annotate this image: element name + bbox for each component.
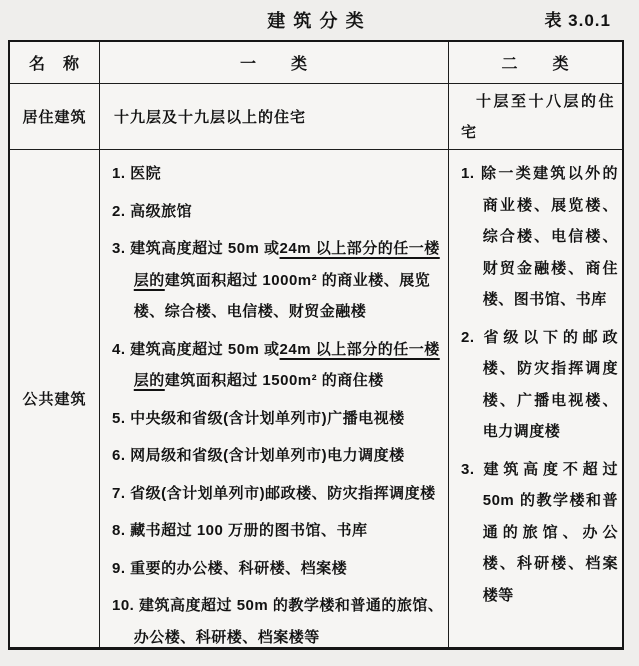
document-page: 建筑分类 表 3.0.1 名 称 一 类 二 类 居住建筑 十九层及十九层以上的… [0,0,639,666]
list-item: 8. 藏书超过 100 万册的图书馆、书库 [112,515,444,547]
building-classification-table: 名 称 一 类 二 类 居住建筑 十九层及十九层以上的住宅 十层至十八层的住宅 … [8,40,624,650]
list-item: 3. 建筑高度超过 50m 或24m 以上部分的任一楼层的建筑面积超过 1000… [112,233,444,328]
text-segment: 8. 藏书超过 100 万册的图书馆、书库 [112,522,368,539]
row-label-public: 公共建筑 [10,150,100,647]
row-label-residential: 居住建筑 [10,84,100,150]
public-class1-item-list: 1. 医院2. 高级旅馆3. 建筑高度超过 50m 或24m 以上部分的任一楼层… [100,150,449,647]
text-segment: 6. 网局级和省级(含计划单列市)电力调度楼 [112,447,405,464]
text-segment: 3. 建筑高度超过 50m 或 [112,240,280,257]
table-number: 表 3.0.1 [544,4,611,38]
header-cell-name: 名 称 [10,42,100,84]
list-item: 1. 除一类建筑以外的商业楼、展览楼、综合楼、电信楼、财贸金融楼、商住楼、图书馆… [461,158,618,316]
list-item: 2. 高级旅馆 [112,196,444,228]
title-row: 建筑分类 表 3.0.1 [0,4,639,38]
text-segment: 建筑面积超过 1000m² 的商业楼、展览楼、综合楼、电信楼、财贸金融楼 [134,272,431,321]
list-item: 2. 省级以下的邮政楼、防灾指挥调度楼、广播电视楼、电力调度楼 [461,322,618,448]
residential-class2-text: 十层至十八层的住宅 [461,86,614,148]
public-class2-item-list: 1. 除一类建筑以外的商业楼、展览楼、综合楼、电信楼、财贸金融楼、商住楼、图书馆… [449,150,622,647]
list-item: 6. 网局级和省级(含计划单列市)电力调度楼 [112,440,444,472]
text-segment: 建筑面积超过 1500m² 的商住楼 [165,372,384,389]
list-item: 4. 建筑高度超过 50m 或24m 以上部分的任一楼层的建筑面积超过 1500… [112,334,444,397]
list-item: 7. 省级(含计划单列市)邮政楼、防灾指挥调度楼 [112,478,444,510]
text-segment: 1. 除一类建筑以外的商业楼、展览楼、综合楼、电信楼、财贸金融楼、商住楼、图书馆… [461,165,618,308]
text-segment: 9. 重要的办公楼、科研楼、档案楼 [112,560,347,577]
text-segment: 3. 建筑高度不超过 50m 的教学楼和普通的旅馆、办公楼、科研楼、档案楼等 [461,461,618,604]
text-segment: 4. 建筑高度超过 50m 或 [112,341,280,358]
residential-class1-cell: 十九层及十九层以上的住宅 [100,84,449,150]
list-item: 1. 医院 [112,158,444,190]
list-item: 3. 建筑高度不超过 50m 的教学楼和普通的旅馆、办公楼、科研楼、档案楼等 [461,454,618,612]
text-segment: 5. 中央级和省级(含计划单列市)广播电视楼 [112,410,405,427]
list-item: 10. 建筑高度超过 50m 的教学楼和普通的旅馆、办公楼、科研楼、档案楼等 [112,590,444,647]
header-cell-class1: 一 类 [100,42,449,84]
text-segment: 10. 建筑高度超过 50m 的教学楼和普通的旅馆、办公楼、科研楼、档案楼等 [112,597,443,646]
text-segment: 2. 高级旅馆 [112,203,192,220]
list-item: 5. 中央级和省级(含计划单列市)广播电视楼 [112,403,444,435]
page-title: 建筑分类 [0,4,639,38]
header-cell-class2: 二 类 [449,42,622,84]
residential-class2-cell: 十层至十八层的住宅 [449,84,622,150]
list-item: 9. 重要的办公楼、科研楼、档案楼 [112,553,444,585]
text-segment: 2. 省级以下的邮政楼、防灾指挥调度楼、广播电视楼、电力调度楼 [461,329,618,441]
text-segment: 1. 医院 [112,165,161,182]
text-segment: 7. 省级(含计划单列市)邮政楼、防灾指挥调度楼 [112,485,436,502]
